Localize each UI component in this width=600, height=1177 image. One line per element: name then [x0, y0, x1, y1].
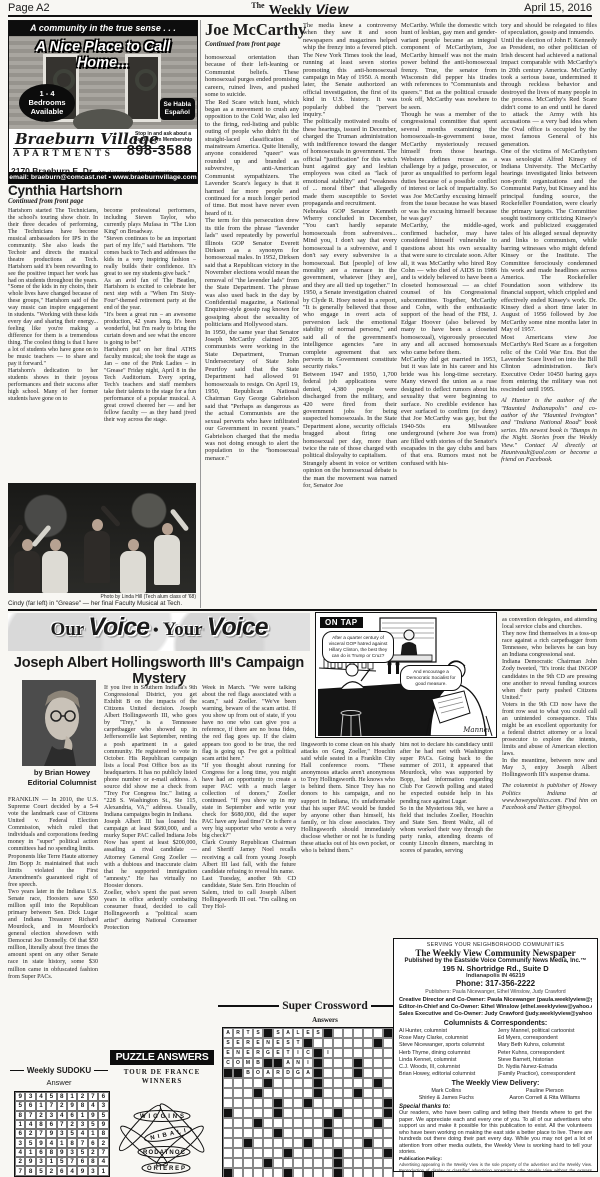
- crossword-cell: I: [293, 1048, 303, 1058]
- sudoku-header: Weekly SUDOKU: [10, 1066, 108, 1075]
- sudoku-cell: 9: [57, 1148, 67, 1157]
- sudoku-cell: 5: [98, 1111, 108, 1120]
- crossword-cell: [323, 1138, 333, 1148]
- wordsearch-title-line: TOUR DE FRANCE: [112, 1068, 212, 1077]
- list-item: Pauline Pierson: [498, 1088, 593, 1095]
- sudoku-cell: 3: [25, 1092, 35, 1101]
- sudoku-title: Weekly SUDOKU: [27, 1066, 91, 1075]
- crossword-cell: [273, 1088, 283, 1098]
- cartoon-speech-bubble-2: And encourage a Democratic Socialist for…: [400, 665, 462, 691]
- crossword-cell: [353, 1098, 363, 1108]
- crossword-cell: [333, 1158, 343, 1168]
- list-item: Ed Myers, correspondent: [498, 1035, 593, 1042]
- newspaper-page: Page A2 The Weekly View April 15, 2016 A…: [0, 0, 600, 1177]
- crossword-cell: [373, 1118, 383, 1128]
- list-item: Aaron Cornell & Rita Williams: [498, 1095, 593, 1102]
- crossword-cell: [303, 1138, 313, 1148]
- sudoku-cell: 7: [88, 1092, 98, 1101]
- cartoonist-signature: Mannel: [463, 726, 490, 734]
- sudoku-cell: 6: [88, 1138, 98, 1147]
- crossword-cell: [223, 1158, 233, 1168]
- howey-columnist-bio: The columnist is publisher of Howey Poli…: [502, 783, 597, 811]
- crossword-cell: [253, 1158, 263, 1168]
- sudoku-cell: 8: [67, 1138, 77, 1147]
- crossword-cell: S: [223, 1038, 233, 1048]
- crossword-cell: [313, 1038, 323, 1048]
- crossword-cell: [293, 1168, 303, 1177]
- sudoku-cell: 2: [36, 1111, 46, 1120]
- crossword-cell: [353, 1148, 363, 1158]
- crossword-title: Super Crossword: [282, 1000, 368, 1012]
- banner-voice: Voice: [207, 613, 268, 641]
- crossword-cell: [323, 1028, 333, 1038]
- crossword-cell: [343, 1038, 353, 1048]
- hollingsworth-column-5: him not to declare his candidacy until a…: [400, 742, 493, 932]
- crossword-cell: [263, 1128, 273, 1138]
- sudoku-cell: 9: [67, 1101, 77, 1110]
- crossword-cell: [273, 1128, 283, 1138]
- crossword-cell: [293, 1098, 303, 1108]
- list-item: Peter Kuhns, correspondent: [498, 1050, 593, 1057]
- crossword-cell: [223, 1168, 233, 1177]
- crossword-cell: [343, 1088, 353, 1098]
- crossword-cell: [233, 1068, 243, 1078]
- crossword-cell: S: [273, 1028, 283, 1038]
- delivery-header: The Weekly View Delivery:: [399, 1080, 592, 1087]
- crossword-cell: [323, 1088, 333, 1098]
- crossword-cell: A: [283, 1028, 293, 1038]
- ad-phone-number: 898-3588: [127, 143, 192, 159]
- crossword-cell: [373, 1128, 383, 1138]
- crossword-cell: [383, 1028, 393, 1038]
- crossword-cell: [333, 1048, 343, 1058]
- sudoku-cell: 3: [46, 1111, 56, 1120]
- sudoku-cell: 2: [46, 1166, 56, 1175]
- crossword-cell: [373, 1108, 383, 1118]
- mccarthy-author-bio: Al Hunter is the author of the "Haunted …: [501, 397, 597, 464]
- crossword-cell: [303, 1088, 313, 1098]
- crossword-cell: S: [313, 1028, 323, 1038]
- crossword-cell: [283, 1128, 293, 1138]
- photo-caption: Cindy (far left) in "Grease" — her final…: [8, 600, 196, 607]
- crossword-cell: [333, 1128, 343, 1138]
- crossword-cell: [303, 1098, 313, 1108]
- sudoku-cell: 9: [77, 1166, 87, 1175]
- crossword-cell: E: [243, 1048, 253, 1058]
- crossword-cell: [323, 1168, 333, 1177]
- list-item: C.J. Woods, III, columnist: [399, 1064, 494, 1071]
- crossword-cell: [383, 1138, 393, 1148]
- wordsearch-word-contador-reversed: RODATNOC: [143, 1150, 186, 1156]
- crossword-cell: [273, 1118, 283, 1128]
- wreath-decoration: [135, 69, 157, 91]
- crossword-cell: [243, 1148, 253, 1158]
- crossword-cell: [313, 1068, 323, 1078]
- special-thanks-text: Our readers, who have been calling and t…: [399, 1110, 592, 1155]
- crossword-cell: [233, 1088, 243, 1098]
- crossword-cell: [363, 1148, 373, 1158]
- crossword-cell: [313, 1138, 323, 1148]
- sudoku-cell: 7: [36, 1129, 46, 1138]
- crossword-cell: [343, 1158, 353, 1168]
- mccarthy-column-3: McCarthy. While the domestic witch hunt …: [401, 22, 497, 605]
- list-item: Rose Mary Clarke, columnist: [399, 1035, 494, 1042]
- crossword-cell: [313, 1098, 323, 1108]
- bedrooms-badge: 1 - 4 Bedrooms Available: [19, 84, 75, 122]
- crossword-cell: [313, 1168, 323, 1177]
- crossword-cell: [333, 1108, 343, 1118]
- crossword-cell: [283, 1158, 293, 1168]
- crossword-cell: [353, 1158, 363, 1168]
- crossword-cell: [223, 1118, 233, 1128]
- crossword-cell: [363, 1098, 373, 1108]
- sudoku-cell: 2: [57, 1101, 67, 1110]
- crossword-cell: [223, 1098, 233, 1108]
- crossword-cell: C: [303, 1048, 313, 1058]
- hollingsworth-column-4: lingsworth to come clean on his shady at…: [301, 742, 395, 994]
- crossword-cell: [333, 1058, 343, 1068]
- wordsearch-answer-graphic: WIGGINS NIBALI RODATNOC ORIEREP: [110, 1088, 214, 1176]
- crossword-cell: [313, 1108, 323, 1118]
- crossword-cell: S: [283, 1038, 293, 1048]
- braeburn-village-ad: A community in the true sense . . . A Ni…: [8, 20, 198, 184]
- crossword-cell: I: [323, 1048, 333, 1058]
- sudoku-cell: 7: [98, 1148, 108, 1157]
- crossword-cell: [333, 1098, 343, 1108]
- crossword-cell: [273, 1108, 283, 1118]
- issue-date: April 15, 2016: [524, 2, 592, 14]
- sudoku-cell: 8: [98, 1129, 108, 1138]
- crossword-cell: [263, 1158, 273, 1168]
- crossword-cell: [383, 1048, 393, 1058]
- sudoku-cell: 4: [57, 1111, 67, 1120]
- sudoku-cell: 1: [88, 1129, 98, 1138]
- crossword-cell: [243, 1108, 253, 1118]
- crossword-cell: E: [303, 1028, 313, 1038]
- crossword-cell: [243, 1078, 253, 1088]
- crossword-cell: [313, 1118, 323, 1128]
- ad-tagline: A community in the true sense . . .: [9, 21, 197, 36]
- sudoku-cell: 8: [57, 1092, 67, 1101]
- crossword-cell: [223, 1128, 233, 1138]
- sudoku-cell: 5: [67, 1129, 77, 1138]
- publication-masthead-box: SERVING YOUR NEIGHBORHOOD COMMUNITIES Th…: [393, 938, 598, 1172]
- list-item: Jerry Mannel, political cartoonist: [498, 1028, 593, 1035]
- byline-title: Editorial Columnist: [8, 778, 116, 788]
- crossword-cell: [333, 1078, 343, 1088]
- list-item: Creative Director and Co-Owner: Paula Ni…: [399, 997, 592, 1004]
- sudoku-cell: 1: [77, 1111, 87, 1120]
- sudoku-cell: 9: [98, 1120, 108, 1129]
- list-item: Steve Nicewanger, sports columnist: [399, 1042, 494, 1049]
- list-item: Shirley & James Fuchs: [399, 1095, 494, 1102]
- crossword-cell: A: [223, 1028, 233, 1038]
- crossword-cell: B: [253, 1058, 263, 1068]
- crossword-cell: [253, 1098, 263, 1108]
- crossword-cell: [263, 1118, 273, 1128]
- list-item: Mark Collins: [399, 1088, 494, 1095]
- crossword-cell: R: [233, 1028, 243, 1038]
- crossword-cell: [363, 1138, 373, 1148]
- crossword-cell: [353, 1108, 363, 1118]
- sudoku-cell: 4: [98, 1157, 108, 1166]
- crossword-cell: [373, 1038, 383, 1048]
- crossword-cell: A: [263, 1068, 273, 1078]
- crossword-cell: G: [293, 1068, 303, 1078]
- howey-byline: by Brian Howey Editorial Columnist: [8, 768, 116, 788]
- crossword-cell: I: [303, 1058, 313, 1068]
- publication-policy-text: Advertising appearing in the Weekly View…: [399, 1162, 592, 1172]
- crossword-cell: [293, 1118, 303, 1128]
- sudoku-cell: 8: [77, 1101, 87, 1110]
- list-item: Sales Executive and Co-Owner: Judy Crawf…: [399, 1011, 592, 1018]
- crossword-cell: [283, 1088, 293, 1098]
- crossword-cell: [353, 1128, 363, 1138]
- crossword-cell: [363, 1108, 373, 1118]
- crossword-cell: [293, 1088, 303, 1098]
- crossword-cell: [303, 1158, 313, 1168]
- sudoku-cell: 5: [77, 1148, 87, 1157]
- ad-info-area: Braeburn Village APARTMENTS 2170 Braebur…: [9, 129, 197, 172]
- sudoku-cell: 5: [36, 1166, 46, 1175]
- sudoku-answer-label: Answer: [10, 1078, 108, 1087]
- crossword-cell: [273, 1138, 283, 1148]
- crossword-cell: [273, 1098, 283, 1108]
- crossword-cell: [313, 1078, 323, 1088]
- badge-line: Available: [19, 107, 75, 116]
- hollingsworth-column-1: FRANKLIN — In 2010, the U.S. Supreme Cou…: [8, 797, 98, 1040]
- crossword-cell: [293, 1138, 303, 1148]
- crossword-cell: [243, 1158, 253, 1168]
- crossword-cell: [263, 1028, 273, 1038]
- crossword-cell: [343, 1128, 353, 1138]
- crossword-cell: [263, 1058, 273, 1068]
- hollingsworth-column-3: Week in March. "We were talking about th…: [202, 685, 296, 995]
- crossword-cell: [383, 1068, 393, 1078]
- banner-your: Your: [163, 619, 203, 640]
- cartoon-title: ON TAP: [320, 617, 363, 628]
- crossword-cell: [263, 1138, 273, 1148]
- crossword-cell: [243, 1088, 253, 1098]
- list-item: Editor-in-Chief and Co-Owner: Ethel Wins…: [399, 1004, 592, 1011]
- crossword-cell: [313, 1148, 323, 1158]
- crossword-cell: [343, 1098, 353, 1108]
- crossword-cell: [313, 1058, 323, 1068]
- crossword-cell: [373, 1088, 383, 1098]
- crossword-cell: [373, 1028, 383, 1038]
- crossword-cell: [293, 1148, 303, 1158]
- crossword-cell: [363, 1088, 373, 1098]
- sudoku-cell: 1: [57, 1138, 67, 1147]
- crossword-cell: D: [283, 1068, 293, 1078]
- sudoku-cell: 4: [46, 1138, 56, 1147]
- crossword-cell: [323, 1158, 333, 1168]
- list-item: Mary Beth Kuhns, columnist: [498, 1042, 593, 1049]
- crossword-cell: N: [233, 1048, 243, 1058]
- list-item: Brian Howey, editorial columnist: [399, 1071, 494, 1078]
- list-item: Al Hunter, columnist: [399, 1028, 494, 1035]
- sudoku-cell: 1: [67, 1092, 77, 1101]
- publishers-line: Publishers: Paula Nicewanger, Ethel Wins…: [399, 989, 592, 995]
- crossword-cell: [383, 1108, 393, 1118]
- crossword-cell: [383, 1098, 393, 1108]
- crossword-cell: [243, 1128, 253, 1138]
- sudoku-cell: 3: [98, 1101, 108, 1110]
- crossword-cell: [373, 1148, 383, 1158]
- hartshorn-column-1: Hartshorn started The Technicians, the s…: [8, 208, 98, 480]
- crossword-cell: [253, 1138, 263, 1148]
- sudoku-cell: 4: [88, 1101, 98, 1110]
- on-tap-editorial-cartoon: ON TAP After a quarter century of viscer…: [315, 612, 497, 738]
- gym-offer: Stop in and ask about a Gold's Gym Membe…: [132, 131, 194, 144]
- crossword-cell: [383, 1148, 393, 1158]
- sudoku-cell: 9: [15, 1092, 25, 1101]
- habla-line: Se Habla: [164, 101, 191, 109]
- crossword-cell: [333, 1038, 343, 1048]
- crossword-cell: R: [243, 1038, 253, 1048]
- crossword-cell: O: [253, 1068, 263, 1078]
- sudoku-cell: 4: [15, 1148, 25, 1157]
- crossword-cell: [363, 1118, 373, 1128]
- sudoku-cell: 3: [36, 1157, 46, 1166]
- sudoku-cell: 7: [15, 1166, 25, 1175]
- crossword-cell: [343, 1058, 353, 1068]
- crossword-cell: E: [273, 1038, 283, 1048]
- crossword-cell: [383, 1158, 393, 1168]
- crossword-cell: E: [223, 1048, 233, 1058]
- sudoku-cell: 1: [36, 1101, 46, 1110]
- sudoku-cell: 6: [15, 1129, 25, 1138]
- sudoku-cell: 8: [15, 1111, 25, 1120]
- hollingsworth-column-2: If you live in Southern Indiana's 9th Co…: [104, 685, 197, 1033]
- crossword-cell: [313, 1048, 323, 1058]
- our-voice-banner: Our Voice • Your Voice: [8, 613, 310, 651]
- cartoon-speech-bubble-1: After a quarter century of visceral GOP …: [322, 631, 394, 663]
- staff-list: Creative Director and Co-Owner: Paula Ni…: [399, 997, 592, 1018]
- crossword-cell: [233, 1128, 243, 1138]
- crossword-cell: [273, 1168, 283, 1177]
- crossword-cell: [223, 1148, 233, 1158]
- crossword-cell: [383, 1118, 393, 1128]
- crossword-cell: [303, 1038, 313, 1048]
- sudoku-cell: 8: [25, 1166, 35, 1175]
- crossword-cell: [343, 1048, 353, 1058]
- habla-line: Español: [164, 109, 191, 117]
- wordsearch-title-line: WINNERS: [112, 1077, 212, 1086]
- sudoku-cell: 2: [98, 1138, 108, 1147]
- crossword-cell: [373, 1068, 383, 1078]
- crossword-cell: [343, 1148, 353, 1158]
- crossword-cell: A: [283, 1058, 293, 1068]
- mccarthy-headline: Joe McCarthy: [205, 20, 306, 40]
- sudoku-cell: 1: [25, 1148, 35, 1157]
- sudoku-cell: 6: [57, 1166, 67, 1175]
- crossword-cell: [263, 1088, 273, 1098]
- crossword-cell: [333, 1168, 343, 1177]
- crossword-cell: C: [223, 1058, 233, 1068]
- hartshorn-headline: Cynthia Hartshorn: [8, 183, 122, 198]
- sudoku-cell: 3: [15, 1138, 25, 1147]
- crossword-cell: [343, 1138, 353, 1148]
- crossword-cell: [383, 1168, 393, 1177]
- bush: [73, 109, 133, 129]
- crossword-cell: [253, 1148, 263, 1158]
- crossword-cell: [263, 1148, 273, 1158]
- sudoku-cell: 2: [77, 1092, 87, 1101]
- crossword-cell: [233, 1158, 243, 1168]
- crossword-cell: [373, 1058, 383, 1068]
- crossword-cell: [233, 1108, 243, 1118]
- crossword-cell: [293, 1078, 303, 1088]
- sudoku-cell: 8: [46, 1148, 56, 1157]
- publication-address: 195 N. Shortridge Rd., Suite D: [399, 964, 592, 973]
- mccarthy-column-2: The media knew a controversy when they s…: [303, 22, 397, 605]
- sudoku-cell: 2: [15, 1157, 25, 1166]
- crossword-cell: [343, 1168, 353, 1177]
- sudoku-cell: 6: [67, 1111, 77, 1120]
- crossword-cell: [273, 1078, 283, 1088]
- crossword-cell: [253, 1088, 263, 1098]
- sudoku-cell: 1: [98, 1166, 108, 1175]
- sudoku-cell: 7: [67, 1157, 77, 1166]
- portrait-artwork: [22, 680, 96, 766]
- mccarthy-column-4-text: tory and should be relegated to files of…: [501, 22, 597, 393]
- crossword-cell: [303, 1078, 313, 1088]
- crossword-cell: [303, 1118, 313, 1128]
- crossword-cell: [263, 1108, 273, 1118]
- crossword-cell: B: [243, 1068, 253, 1078]
- sudoku-cell: 7: [57, 1120, 67, 1129]
- crossword-cell: [353, 1028, 363, 1038]
- sudoku-cell: 6: [36, 1148, 46, 1157]
- crossword-cell: [353, 1058, 363, 1068]
- crossword-cell: [293, 1158, 303, 1168]
- crossword-cell: [333, 1148, 343, 1158]
- ad-contact-strip: email: braeburn@comcast.net • www.braebu…: [9, 172, 197, 183]
- crossword-cell: [363, 1078, 373, 1088]
- crossword-cell: [333, 1068, 343, 1078]
- crossword-cell: [313, 1158, 323, 1168]
- sudoku-cell: 4: [36, 1092, 46, 1101]
- crossword-cell: [373, 1168, 383, 1177]
- mccarthy-column-4: tory and should be relegated to files of…: [501, 22, 597, 605]
- crossword-cell: S: [253, 1028, 263, 1038]
- sudoku-cell: 5: [57, 1157, 67, 1166]
- crossword-cell: [353, 1038, 363, 1048]
- sudoku-cell: 9: [46, 1129, 56, 1138]
- crossword-cell: [273, 1148, 283, 1158]
- crossword-cell: [373, 1078, 383, 1088]
- crossword-cell: [303, 1148, 313, 1158]
- crossword-cell: [343, 1108, 353, 1118]
- sudoku-cell: 7: [77, 1138, 87, 1147]
- crossword-cell: [233, 1148, 243, 1158]
- crossword-cell: [323, 1098, 333, 1108]
- sudoku-cell: 5: [46, 1092, 56, 1101]
- banner-voice: Voice: [88, 613, 149, 641]
- se-habla-espanol-badge: Se Habla Español: [160, 98, 195, 120]
- crossword-cell: [243, 1168, 253, 1177]
- sudoku-cell: 5: [25, 1138, 35, 1147]
- crossword-cell: [243, 1138, 253, 1148]
- byline-name: by Brian Howey: [8, 768, 116, 778]
- crossword-cell: E: [233, 1038, 243, 1048]
- crossword-cell: [233, 1078, 243, 1088]
- badge-line: Bedrooms: [19, 98, 75, 107]
- crossword-cell: T: [293, 1038, 303, 1048]
- sudoku-cell: 5: [88, 1120, 98, 1129]
- crossword-cell: [383, 1058, 393, 1068]
